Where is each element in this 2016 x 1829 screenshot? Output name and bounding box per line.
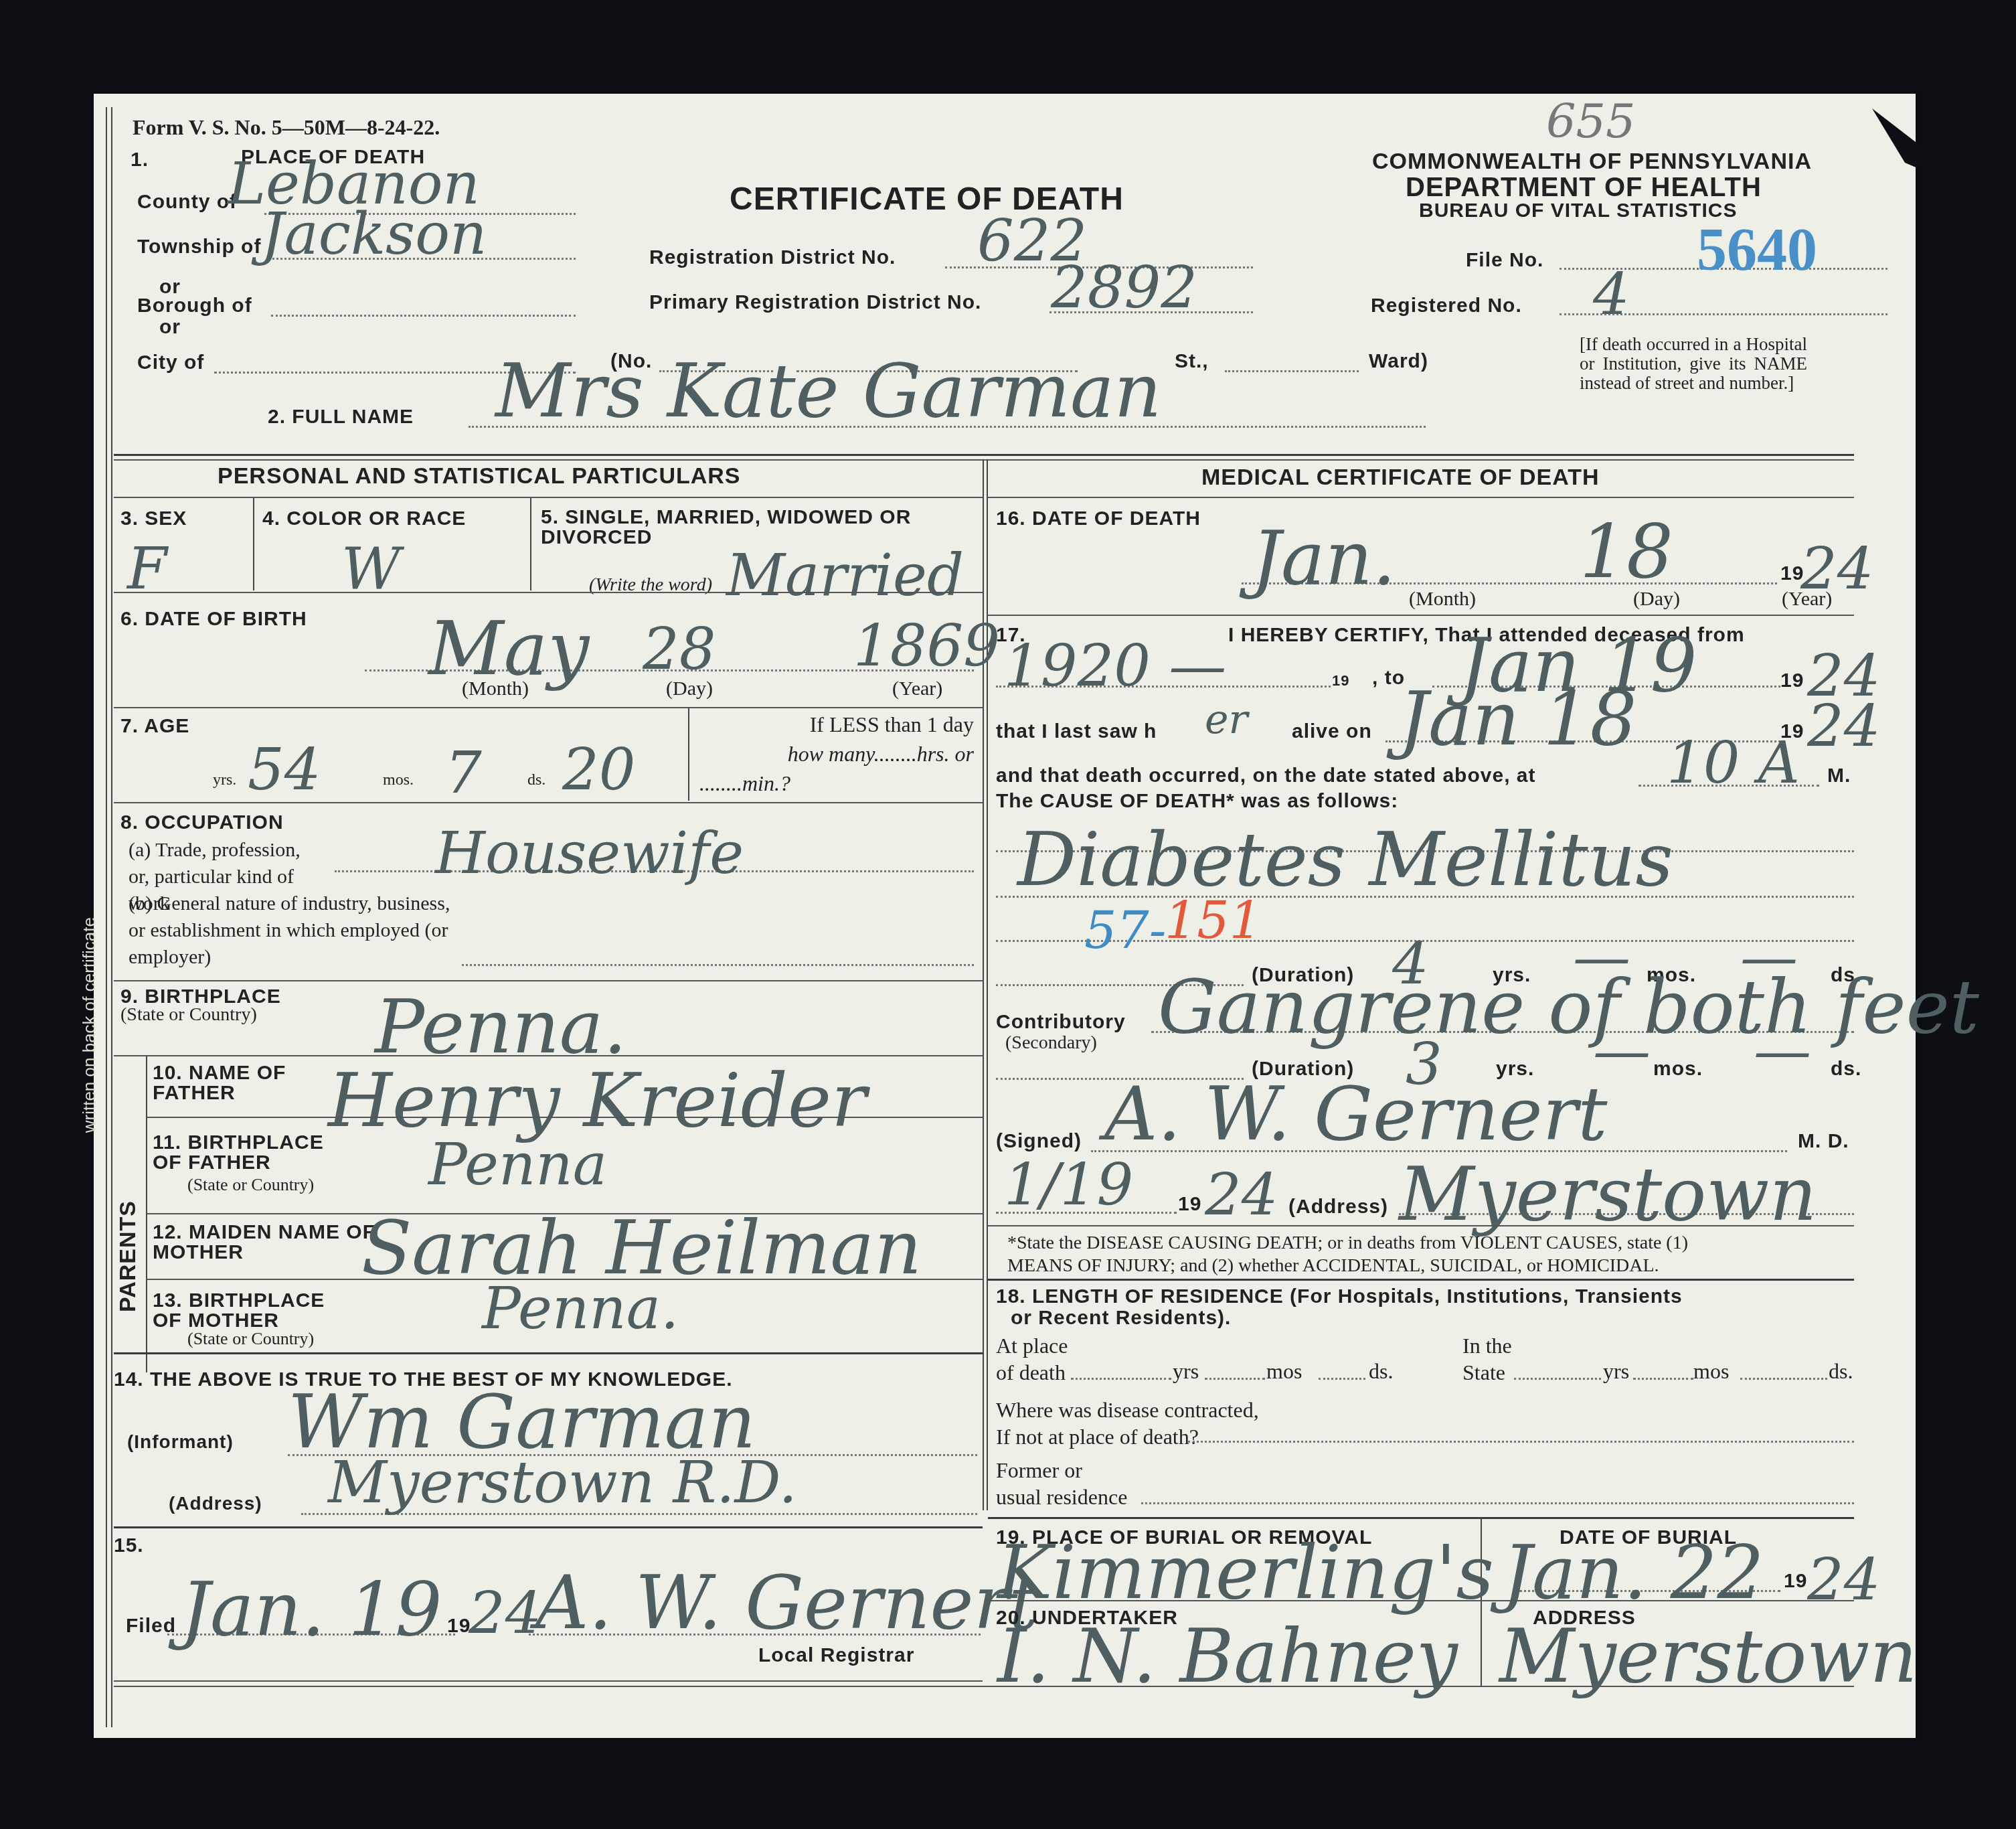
signed-value[interactable]: A. W. Gernert — [1104, 1071, 1607, 1157]
attended-from[interactable]: 1920 — — [1004, 633, 1226, 700]
mother-birthplace-label: 13. BIRTHPLACE OF MOTHER — [153, 1291, 340, 1331]
age-ds-label: ds. — [527, 771, 545, 789]
dod-label: 16. DATE OF DEATH — [996, 507, 1201, 530]
occupation-b-label: (b) General nature of industry, business… — [129, 890, 456, 971]
cause-code-red: 151 — [1165, 890, 1262, 950]
signed-date[interactable]: 1/19 — [1004, 1151, 1133, 1218]
in-state-yrs: yrs — [1603, 1359, 1629, 1384]
primary-registration-label: Primary Registration District No. — [649, 291, 981, 314]
age-yrs-value[interactable]: 54 — [248, 736, 321, 803]
age-mos-label: mos. — [383, 771, 414, 789]
at-place-ds: ds. — [1369, 1359, 1393, 1384]
registrar-signature[interactable]: A. W. Gernert — [535, 1560, 1038, 1646]
burial-date-value[interactable]: Jan. 22 — [1503, 1530, 1764, 1615]
informant-address-value[interactable]: Myerstown R.D. — [328, 1449, 797, 1516]
filed-date[interactable]: Jan. 19 — [181, 1567, 442, 1652]
city-label: City of — [137, 351, 204, 374]
contributory-sub: (Secondary) — [1005, 1032, 1097, 1054]
contributory-label: Contributory — [996, 1011, 1126, 1034]
father-birthplace-value[interactable]: Penna — [428, 1131, 607, 1198]
hospital-note: [If death occurred in a Hospital or Inst… — [1580, 335, 1807, 393]
death-time-suffix: M. — [1827, 765, 1851, 787]
age-yrs-label: yrs. — [213, 771, 236, 789]
medical-heading: MEDICAL CERTIFICATE OF DEATH — [1201, 465, 1600, 491]
margin-note: written on back of certificate — [79, 917, 100, 1133]
burial-place-value[interactable]: Kimmerling's — [997, 1530, 1494, 1615]
file-no-stamp: 5640 — [1697, 216, 1817, 285]
form-number: Form V. S. No. 5—50M—8-24-22. — [133, 115, 440, 140]
dod-day-caption: (Day) — [1633, 588, 1680, 611]
father-birthplace-label: 11. BIRTHPLACE OF FATHER — [153, 1133, 340, 1173]
cause-of-death-value[interactable]: Diabetes Mellitus — [1017, 817, 1673, 902]
last-saw-pronoun[interactable]: er — [1205, 696, 1248, 743]
age-label: 7. AGE — [120, 715, 189, 738]
or-label-2: or — [159, 316, 181, 339]
signed-label: (Signed) — [996, 1130, 1082, 1153]
signed-year-suffix[interactable]: 24 — [1205, 1162, 1278, 1228]
last-saw-date[interactable]: Jan 18 — [1399, 676, 1636, 762]
less-than-day-note: If LESS than 1 day how many........hrs. … — [699, 710, 974, 798]
birthplace-sub: (State or Country) — [120, 1004, 257, 1026]
contributory-value[interactable]: Gangrene of both feet — [1158, 964, 1979, 1050]
filed-year-prefix: 19 — [447, 1615, 471, 1638]
former-residence-label: Former or usual residence — [996, 1457, 1127, 1510]
department-heading: DEPARTMENT OF HEALTH — [1406, 173, 1762, 203]
birthplace-value[interactable]: Penna. — [375, 984, 626, 1070]
dob-label: 6. DATE OF BIRTH — [120, 608, 307, 631]
section-15-number: 15. — [114, 1534, 144, 1557]
undertaker-value[interactable]: I. N. Bahney — [997, 1613, 1458, 1699]
father-name-label: 10. NAME OF FATHER — [153, 1063, 327, 1103]
race-label: 4. COLOR OR RACE — [262, 507, 466, 530]
marital-value[interactable]: Married — [726, 542, 964, 609]
residence-label-2: or Recent Residents). — [1011, 1307, 1231, 1330]
undertaker-address-value[interactable]: Myerstown — [1499, 1613, 1917, 1699]
dod-year-caption: (Year) — [1782, 588, 1832, 611]
md-label: M. D. — [1798, 1130, 1849, 1153]
mother-name-label: 12. MAIDEN NAME OF MOTHER — [153, 1222, 380, 1263]
residence-label-1: 18. LENGTH OF RESIDENCE (For Hospitals, … — [996, 1285, 1683, 1308]
death-time-value[interactable]: 10 A — [1667, 730, 1800, 797]
alive-on-label: alive on — [1292, 720, 1372, 743]
mother-birthplace-sub: (State or Country) — [187, 1329, 314, 1349]
in-state-mos: mos — [1693, 1359, 1729, 1384]
cause-code-blue: 57- — [1084, 900, 1166, 960]
last-saw-label: that I last saw h — [996, 720, 1157, 743]
corner-number: 655 — [1546, 94, 1636, 149]
ward-label: Ward) — [1369, 350, 1428, 373]
dob-year[interactable]: 1869 — [853, 613, 1000, 680]
dob-day-caption: (Day) — [666, 678, 713, 700]
borough-label: Borough of — [137, 295, 252, 317]
age-ds-value[interactable]: 20 — [562, 736, 635, 803]
informant-address-label: (Address) — [169, 1493, 262, 1514]
dob-year-caption: (Year) — [892, 678, 942, 700]
file-no-label: File No. — [1466, 249, 1543, 272]
full-name-value[interactable]: Mrs Kate Garman — [495, 348, 1161, 434]
at-place-yrs: yrs — [1173, 1359, 1199, 1384]
filed-year-suffix[interactable]: 24 — [469, 1580, 541, 1647]
county-label: County of — [137, 191, 237, 214]
registered-no-label: Registered No. — [1371, 295, 1522, 317]
in-state-ds: ds. — [1829, 1359, 1853, 1384]
township-label: Township of — [137, 236, 261, 258]
dod-day[interactable]: 18 — [1580, 509, 1673, 594]
burial-year-suffix[interactable]: 24 — [1807, 1546, 1880, 1613]
informant-label: (Informant) — [127, 1431, 234, 1453]
physician-address-value[interactable]: Myerstown — [1399, 1151, 1817, 1237]
marital-label: 5. SINGLE, MARRIED, WIDOWED OR DIVORCED — [541, 507, 976, 548]
to-year-prefix: 19 — [1780, 669, 1804, 692]
cause-label: The CAUSE OF DEATH* was as follows: — [996, 790, 1398, 813]
age-mos-value[interactable]: 7 — [445, 740, 482, 807]
border-left — [106, 107, 107, 1727]
registered-no-value[interactable]: 4 — [1593, 261, 1630, 328]
from-year-prefix: 19 — [1332, 672, 1349, 690]
signed-year-prefix: 19 — [1178, 1193, 1201, 1216]
dod-month-caption: (Month) — [1409, 588, 1476, 611]
personal-heading: PERSONAL AND STATISTICAL PARTICULARS — [218, 463, 741, 489]
contributory-mos-label: mos. — [1653, 1058, 1703, 1081]
local-registrar-label: Local Registrar — [758, 1644, 914, 1667]
at-place-mos: mos — [1266, 1359, 1302, 1384]
in-state-label: In the State — [1462, 1332, 1512, 1386]
dob-month-caption: (Month) — [462, 678, 529, 700]
cause-footnote: *State the DISEASE CAUSING DEATH; or in … — [1007, 1232, 1854, 1277]
contributory-duration-ds[interactable]: — — [1754, 1018, 1811, 1085]
last-saw-year-suffix[interactable]: 24 — [1807, 693, 1880, 760]
father-birthplace-sub: (State or Country) — [187, 1175, 314, 1195]
dob-day[interactable]: 28 — [643, 616, 716, 683]
sex-label: 3. SEX — [120, 507, 187, 530]
border-left-inner — [111, 107, 112, 1727]
section-1-number: 1. — [131, 149, 149, 171]
primary-registration-value[interactable]: 2892 — [1051, 254, 1197, 321]
commonwealth-heading: COMMONWEALTH OF PENNSYLVANIA — [1372, 149, 1812, 175]
father-name-value[interactable]: Henry Kreider — [328, 1058, 867, 1143]
contributory-ds-label: ds. — [1831, 1058, 1861, 1081]
occupation-value[interactable]: Housewife — [435, 820, 744, 887]
full-name-label: 2. FULL NAME — [268, 406, 414, 428]
township-value[interactable]: Jackson — [261, 201, 487, 268]
mother-birthplace-value[interactable]: Penna. — [482, 1275, 679, 1342]
street-label: St., — [1175, 350, 1209, 373]
death-time-label: and that death occurred, on the date sta… — [996, 765, 1535, 787]
bureau-heading: BUREAU OF VITAL STATISTICS — [1419, 200, 1737, 222]
registration-district-label: Registration District No. — [649, 246, 896, 269]
burial-year-prefix: 19 — [1784, 1570, 1807, 1593]
at-place-label: At place of death — [996, 1332, 1068, 1386]
occupation-label: 8. OCCUPATION — [120, 811, 284, 834]
parents-side-label: PARENTS — [115, 1138, 141, 1312]
dod-month[interactable]: Jan. — [1252, 515, 1396, 601]
physician-address-label: (Address) — [1288, 1196, 1388, 1218]
